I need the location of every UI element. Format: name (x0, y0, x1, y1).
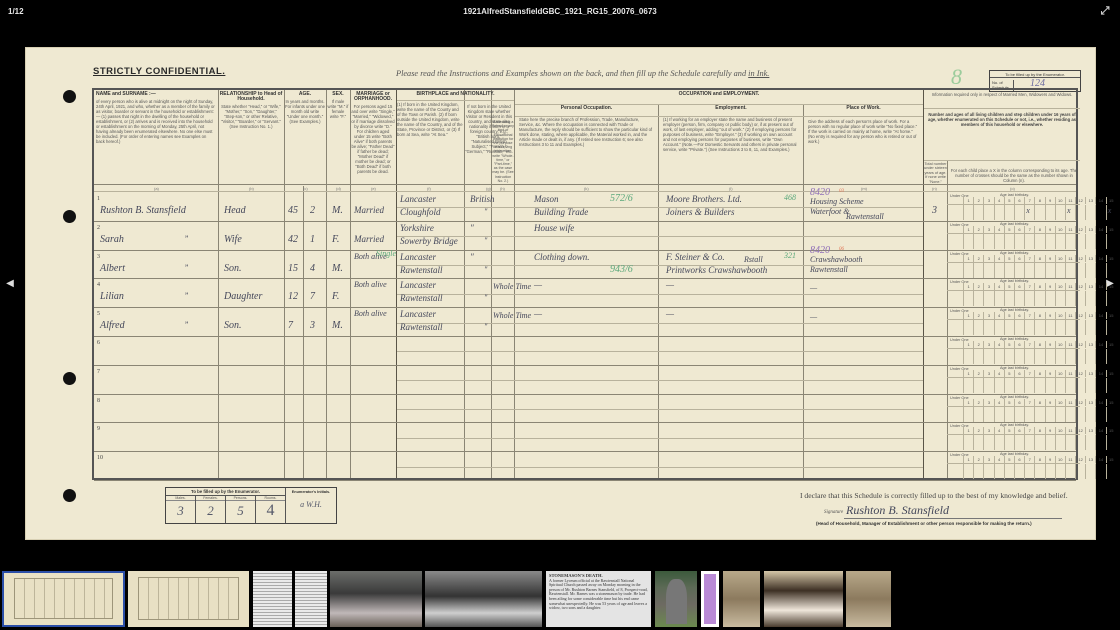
row-number: 3 (97, 254, 100, 260)
age-years: 7 (288, 320, 293, 331)
chevron-left-icon: ◀ (6, 278, 14, 289)
place-code-suffix: 03 (839, 189, 844, 194)
birthplace-town: Sowerby Bridge (400, 236, 458, 246)
employer-business: Printworks Crawshawbooth (666, 265, 767, 275)
marriage-correction: Single (376, 249, 396, 258)
age-years: 15 (288, 263, 298, 274)
nationality: ″ (470, 252, 474, 262)
persons-count: Persons.5 (226, 496, 256, 523)
marriage-status: Married (354, 205, 384, 215)
row-number: 2 (97, 225, 100, 231)
nationality: British (470, 194, 495, 204)
row-number: 5 (97, 311, 100, 317)
thumbnail-8[interactable] (655, 571, 697, 627)
punch-hole (63, 90, 76, 103)
header-personal-occupation: Personal Occupation. State here the prec… (515, 106, 658, 147)
occupation: House wife (534, 223, 574, 233)
header-birthplace: BIRTHPLACE and NATIONALITY. (397, 92, 514, 99)
thumbnail-6[interactable] (425, 571, 542, 627)
instructions-text: Please read the Instructions and Example… (396, 69, 769, 78)
thumbnail-11[interactable] (764, 571, 843, 627)
row-number: 1 (97, 196, 100, 202)
children-total: 3 (932, 205, 937, 216)
person-name: Sarah (100, 234, 124, 245)
header-employment: Employment. (1) If working for an employ… (659, 106, 803, 152)
occupation-detail: Building Trade (534, 207, 588, 217)
occupation: — (534, 309, 542, 319)
table-row: 4Lilian”Daughter127F.Both aliveLancaster… (94, 279, 1076, 308)
education-status: Whole Time (493, 311, 531, 320)
row-number: 7 (97, 369, 100, 375)
nationality-ditto: ″ (484, 236, 487, 245)
table-row: 7Under OneAge last birthday.123456789101… (94, 366, 1076, 395)
table-row: 10Under OneAge last birthday.12345678910… (94, 452, 1076, 481)
thumbnail-2[interactable] (128, 571, 249, 627)
nationality-ditto: ″ (484, 265, 487, 274)
males-count: Males.3 (166, 496, 196, 523)
age-years: 12 (288, 291, 298, 302)
person-name: Rushton B. Stansfield (100, 205, 186, 216)
thumbnail-7[interactable]: STONEMASON'S DEATH. A former Lyceum offi… (546, 571, 651, 627)
header-children-ages: For each child place a X in the column c… (950, 168, 1078, 183)
header-relationship: RELATIONSHIP to Head of Household. State… (219, 92, 283, 129)
header-married-info: Information required only in respect of … (924, 92, 1080, 97)
table-row: 2Sarah”Wife421F.MarriedYorkshireSowerby … (94, 222, 1076, 251)
sex: F. (332, 234, 339, 245)
header-place-of-work: Place of Work. Give the address of each … (804, 106, 923, 144)
place-of-work-2: Waterfoot & (810, 207, 849, 216)
row-number: 10 (97, 455, 103, 461)
thumbnail-9[interactable] (701, 571, 719, 627)
thumbnail-10[interactable] (723, 571, 760, 627)
employer: F. Steiner & Co. (666, 252, 725, 262)
collapse-arrows-icon[interactable]: ⤢ (1098, 4, 1112, 18)
child-age-cross: x (1108, 206, 1112, 215)
birthplace-county: Yorkshire (400, 223, 434, 233)
rooms-count: Rooms.4 (256, 496, 286, 523)
marriage-status: Both alive (354, 309, 387, 318)
employer-business: Joiners & Builders (666, 207, 735, 217)
header-occupation-group: OCCUPATION and EMPLOYMENT. (515, 92, 923, 99)
enumerator-totals-box: To be filled up by the Enumerator. Enume… (165, 487, 337, 524)
place-code-suffix: 06 (839, 247, 844, 252)
employer-code: 321 (784, 251, 796, 260)
sex: M. (332, 263, 343, 274)
employer-location: Rstall (744, 255, 763, 264)
header-children-total: Total number under sixteen years of age.… (924, 162, 947, 184)
sex: M. (332, 205, 343, 216)
age-months: 7 (310, 291, 315, 302)
child-age-cross: x (1026, 206, 1030, 215)
marriage-status: Both alive (354, 280, 387, 289)
birthplace-county: Lancaster (400, 252, 436, 262)
birthplace-county: Lancaster (400, 194, 436, 204)
signature-note: (Head of Household, Manager of Establish… (816, 521, 1032, 526)
nationality-ditto: ″ (484, 293, 487, 302)
previous-image-button[interactable]: ◀ (3, 276, 17, 292)
row-number: 9 (97, 426, 100, 432)
age-years: 45 (288, 205, 298, 216)
thumbnail-3[interactable] (253, 571, 292, 627)
birthplace-town: Rawtenstall (400, 322, 443, 332)
confidential-heading: STRICTLY CONFIDENTIAL. (93, 66, 225, 77)
person-name: Lilian (100, 291, 124, 302)
birthplace-town: Rawtenstall (400, 293, 443, 303)
occupation-code: 572/6 (610, 193, 633, 204)
sex: M. (332, 320, 343, 331)
census-document-image[interactable]: STRICTLY CONFIDENTIAL. Please read the I… (25, 47, 1096, 540)
thumbnail-4[interactable] (295, 571, 327, 627)
person-name: Alfred (100, 320, 125, 331)
thumbnail-1[interactable] (2, 571, 125, 627)
child-age-cross: x (1067, 206, 1071, 215)
nationality-ditto: ″ (484, 207, 487, 216)
occupation-code: 943/6 (610, 264, 633, 275)
occupation: Mason (534, 194, 559, 204)
relationship: Wife (224, 234, 242, 245)
age-years: 42 (288, 234, 298, 245)
punch-hole (63, 489, 76, 502)
declaration-text: I declare that this Schedule is correctl… (800, 491, 1068, 500)
thumbnail-strip: STONEMASON'S DEATH. A former Lyceum offi… (0, 568, 1120, 630)
header-marriage: MARRIAGE or ORPHANHOOD. For persons aged… (351, 92, 395, 174)
birthplace-county: Lancaster (400, 280, 436, 290)
table-row: 8Under OneAge last birthday.123456789101… (94, 395, 1076, 424)
header-sex: SEX. If male write "M." if female write … (327, 92, 349, 119)
relationship: Daughter (224, 291, 262, 302)
place-of-work: Crawshawbooth (810, 255, 862, 264)
education-status: Whole Time (493, 282, 531, 291)
header-age: AGE. In years and months. For infants un… (285, 92, 325, 124)
place-of-work-2: Rawtenstall (810, 265, 848, 274)
age-months: 4 (310, 263, 315, 274)
thumbnail-12[interactable] (846, 571, 891, 627)
age-months: 3 (310, 320, 315, 331)
occupation: Clothing down. (534, 252, 590, 262)
place-of-work: Housing Scheme (810, 197, 864, 206)
ditto-mark: ” (184, 263, 188, 272)
enumerator-initials: a W.H. (286, 496, 336, 514)
row-number: 8 (97, 398, 100, 404)
employer: Moore Brothers. Ltd. (666, 194, 742, 204)
age-months: 2 (310, 205, 315, 216)
nationality: ″ (470, 223, 474, 233)
ditto-mark: ” (184, 320, 188, 329)
margin-mark: 8 (951, 64, 962, 90)
ditto-mark: ” (184, 291, 188, 300)
punch-hole (63, 210, 76, 223)
occupation: — (534, 280, 542, 290)
signature-label: Signature (824, 510, 843, 515)
relationship: Head (224, 205, 246, 216)
marriage-status: Married (354, 234, 384, 244)
table-row: 5Alfred”Son.73M.Both aliveLancasterRawte… (94, 308, 1076, 337)
relationship: Son. (224, 320, 242, 331)
table-row: 9Under OneAge last birthday.123456789101… (94, 423, 1076, 452)
place-of-work-3: Rawtenstall (846, 212, 884, 221)
row-number: 6 (97, 340, 100, 346)
viewer-header: 1/12 1921AlfredStansfieldGBC_1921_RG15_2… (0, 0, 1120, 22)
thumbnail-5[interactable] (330, 571, 422, 627)
ditto-mark: ” (184, 234, 188, 243)
employer: — (666, 280, 674, 290)
table-row: 6Under OneAge last birthday.123456789101… (94, 337, 1076, 366)
relationship: Son. (224, 263, 242, 274)
employer: — (666, 309, 674, 319)
nationality-ditto: ″ (484, 322, 487, 331)
employer-code: 468 (784, 193, 796, 202)
census-table: NAME and SURNAME :— of every person who … (92, 88, 1078, 480)
females-count: Females.2 (196, 496, 226, 523)
age-months: 1 (310, 234, 315, 245)
sex: F. (332, 291, 339, 302)
punch-hole (63, 372, 76, 385)
birthplace-town: Rawtenstall (400, 265, 443, 275)
signature: Rushton B. Stansfield (846, 503, 949, 518)
person-name: Albert (100, 263, 125, 274)
place-of-work: — (810, 312, 817, 321)
row-number: 4 (97, 282, 100, 288)
header-name: NAME and SURNAME :— of every person who … (96, 92, 216, 144)
header-education: If attending a School or any kind of Edu… (492, 120, 514, 183)
birthplace-county: Lancaster (400, 309, 436, 319)
place-of-work: — (810, 283, 817, 292)
table-row: 3Albert”Son.154M.Both aliveSingleLancast… (94, 251, 1076, 280)
birthplace-town: Cloughfold (400, 207, 441, 217)
image-title: 1921AlfredStansfieldGBC_1921_RG15_20076_… (0, 7, 1120, 16)
table-row: 1Rushton B. StansfieldHead452M.MarriedLa… (94, 193, 1076, 222)
